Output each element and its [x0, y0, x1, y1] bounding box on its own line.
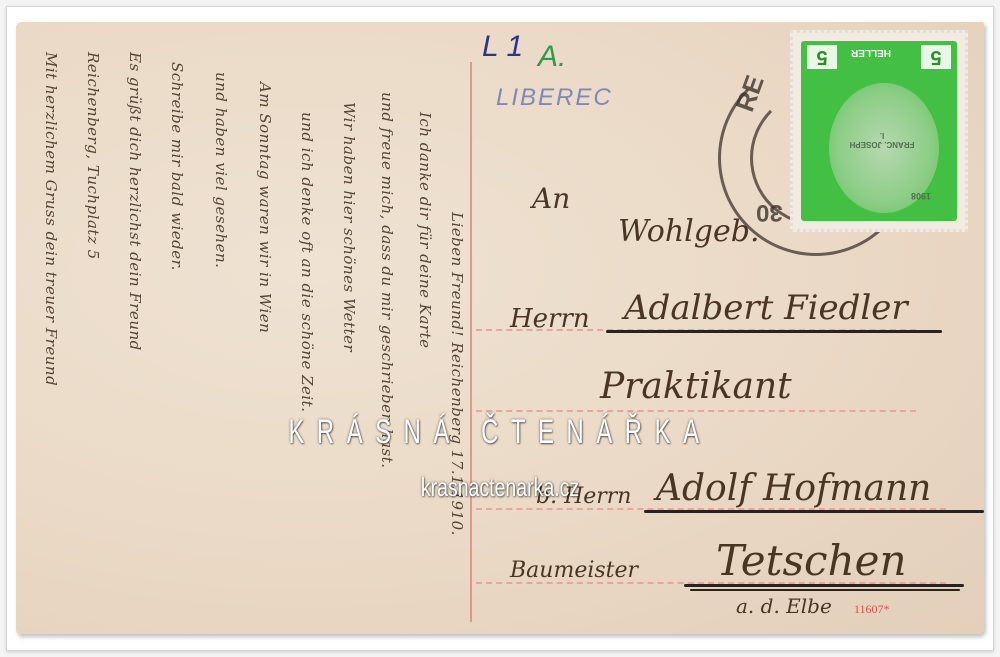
postmark-bottom-number: 30 — [756, 198, 783, 226]
pencil-code-green: A. — [538, 40, 566, 74]
stamp-value-left: 5 — [807, 45, 837, 69]
message-line-5: Am Sonntag waren wir in Wien — [256, 82, 274, 333]
message-line-9: Reichenberg, Tuchplatz 5 — [84, 52, 102, 260]
address-line-2 — [476, 410, 916, 412]
watermark-url: krasnactenarka.cz — [125, 472, 875, 503]
watermark-title: KRÁSNÁ ČTENÁŘKA — [150, 413, 850, 452]
stamp-currency: HELLER — [851, 47, 891, 58]
message-line-1: Ich danke dir für deine Karte — [416, 112, 434, 349]
pencil-code-blue: L 1 — [482, 30, 523, 64]
address-region: a. d. Elbe — [736, 594, 832, 618]
message-line-10: Mit herzlichem Gruss dein treuer Freund — [42, 52, 60, 386]
address-herrn: Herrn — [510, 304, 590, 334]
address-title: Praktikant — [600, 366, 792, 407]
message-line-7: Schreibe mir bald wieder. — [168, 62, 186, 271]
address-name: Adalbert Fiedler — [624, 288, 908, 328]
message-line-6: und haben viel gesehen. — [212, 72, 230, 268]
postcard-divider-line — [470, 62, 472, 622]
stamp-face: 5 HELLER 5 FRANC. JOSEPH I. 1908 — [801, 41, 957, 221]
postage-stamp: 5 HELLER 5 FRANC. JOSEPH I. 1908 — [790, 30, 968, 232]
stamp-portrait-caption: FRANC. JOSEPH I. — [847, 131, 917, 149]
underline-city-2 — [690, 589, 960, 591]
underline-care-of — [644, 510, 984, 513]
message-line-4: und ich denke oft an die schöne Zeit. — [298, 112, 316, 412]
message-line-8: Es grüßt dich herzlichst dein Freund — [126, 52, 144, 351]
underline-name — [606, 330, 942, 333]
message-line-3: Wir haben hier schönes Wetter — [340, 102, 358, 352]
pencil-place-note: LIBEREC — [496, 84, 613, 112]
address-city: Tetschen — [716, 536, 907, 585]
stamp-year: 1908 — [911, 191, 931, 201]
stamp-value-right: 5 — [921, 45, 951, 69]
address-occupation: Baumeister — [510, 558, 638, 583]
address-salutation: An — [532, 182, 570, 215]
address-honorific: Wohlgeb. — [618, 214, 759, 249]
printer-code: 11607* — [854, 602, 890, 617]
